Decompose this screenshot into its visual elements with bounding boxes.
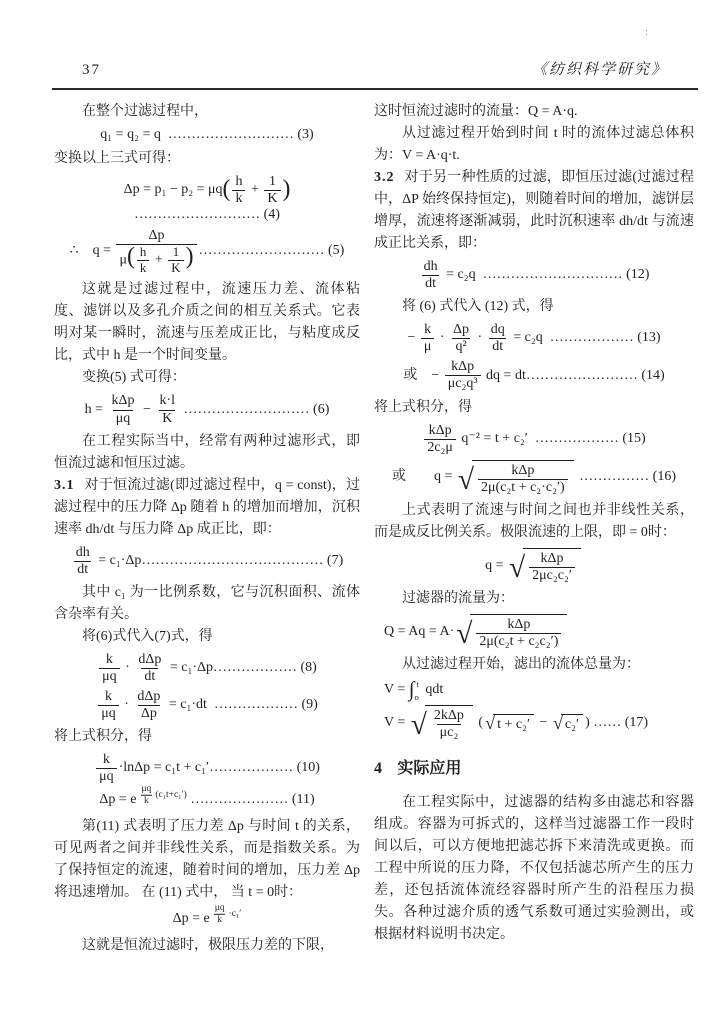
fraction-numerator: μq [212,903,228,914]
paragraph: 在工程实际中，过滤器的结构多由滤芯和容器组成。容器为可拆式的，这样当过滤器工作一… [374,792,694,946]
equation: kΔp2c₂μ q⁻² = t + c₂′ ……………… (15) [374,423,694,456]
fraction: hk [137,245,149,276]
fraction-denominator: k [141,795,152,807]
fraction: dΔpdt [135,652,164,685]
square-root: √2kΔpμc₂ [411,705,473,741]
math-text: ·c₁′ [229,910,242,920]
radical-sign-icon: √ [553,713,563,733]
fraction-numerator: kΔp [109,393,138,409]
section-paragraph: 3.2对于另一种性质的过滤，即恒压过滤(过滤过程中，ΔP 始终保持恒定)，则随着… [374,167,694,255]
math-text: · [121,697,133,714]
equation: Δp = eμqk(c₁t+c₁′) ………………… (11) [54,789,360,812]
math-text: = c₁·dt ……………… (9) [165,697,317,714]
fraction-denominator: 2μ(c₂t + c₂·c₂′) [478,479,568,496]
fraction-denominator: 2c₂μ [424,439,456,456]
math-text: ……………………… (4) [134,207,280,224]
paragraph: 过滤器的流量为： [374,588,694,610]
fraction-numerator: k [100,752,113,768]
paragraph: 变换以上三式可得： [54,148,360,170]
math-text: Δp = e [99,792,136,809]
math-text: Δp = p₁ − p₂ = μq [124,182,223,199]
fraction-numerator: dh [421,259,441,275]
radical-sign-icon: √ [456,613,472,649]
integral-lower-bound: o [415,693,419,702]
radical-sign-icon: √ [411,704,427,740]
fraction-denominator: μ [421,338,435,355]
fraction: kμq [98,689,119,722]
fraction-numerator: h [232,174,245,190]
radicand: kΔp2μc₂c₂′ [523,548,581,584]
fraction: kΔpμc₂q³ [445,359,481,392]
equation: 或 q = √kΔp2μ(c₂t + c₂·c₂′) …………… (16) [374,460,694,496]
page-number: 37 [82,62,101,79]
math-text: V = [384,715,409,732]
math-text: V = [384,682,409,699]
equation: V = ∫to qdt [374,680,694,701]
radicand: c₂′ [561,714,583,734]
paragraph: 将 (6) 式代入 (12) 式，得 [374,296,694,318]
fraction-numerator: k [103,652,116,668]
fraction-numerator: 1 [170,245,182,260]
paragraph: 这时恒流过滤时的流量：Q = A·q. [374,101,694,123]
equation: kμq · dΔpΔp = c₁·dt ……………… (9) [54,689,360,722]
equation: Q = Aq = A·√kΔp2μ(c₂t + c₂c₂′) [374,614,694,650]
equation: h = kΔpμq − k·lK ……………………… (6) [54,393,360,426]
math-text: − [407,330,418,347]
section-heading-label: 实际应用 [397,760,461,777]
fraction-numerator: kΔp [448,359,477,375]
fraction: Δpq² [450,322,472,355]
fraction-denominator: k [232,190,245,207]
equation: dhdt = c₂q ………………………… (12) [374,259,694,292]
fraction-numerator: k [102,689,115,705]
math-text: ………………… (11) [187,792,315,809]
math-text: c₂′ [565,717,579,734]
math-text: q = [485,558,507,575]
fraction: 2kΔpμc₂ [431,708,467,741]
paragraph: 第(11) 式表明了压力差 Δp 与时间 t 的关系，可见两者之间并非线性关系，… [54,816,360,904]
fraction: k·lK [156,393,178,426]
fraction-denominator: K [159,410,175,427]
math-text: 或 q = [392,469,456,486]
fraction-denominator: dt [74,561,91,578]
fraction-denominator: K [264,190,280,207]
radicand: kΔp2μ(c₂t + c₂c₂′) [470,614,567,650]
fraction: dΔpΔp [134,689,163,722]
fraction: dhdt [73,545,93,578]
math-text: Δp [148,228,164,243]
fraction: kΔp2μ(c₂t + c₂c₂′) [476,617,561,650]
fraction-denominator: 2μ(c₂t + c₂c₂′) [476,633,561,650]
paragraph: 这就是恒流过滤时，极限压力差的下限， [54,935,360,957]
fraction-numerator: dh [73,545,93,561]
square-root: √kΔp2μc₂c₂′ [509,548,581,584]
math-text: q₁ = q₂ = q ……………………… (3) [100,127,313,144]
math-text: Q = Aq = A· [384,624,454,641]
section-number: 3.2 [374,170,395,185]
fraction: kΔpμq [109,393,138,426]
math-text: ……………………… (6) [180,402,329,419]
fraction-denominator: dt [422,275,439,292]
fraction-numerator: dΔp [135,652,164,668]
header-rule [52,88,698,90]
paragraph: 其中 c₁ 为一比例系数，它与沉积面积、流体含杂率有关。 [54,582,360,626]
fraction: kμq [99,652,120,685]
fraction-denominator: μc₂q³ [445,375,481,392]
math-text: − [536,715,551,732]
equation: kμq · dΔpdt = c₁·Δp……………… (8) [54,652,360,685]
fraction: dhdt [421,259,441,292]
fraction-denominator: μq [98,705,119,722]
paragraph: 在工程实际当中，经常有两种过滤形式，即恒流过滤和恒压过滤。 [54,431,360,475]
math-text: dq = dt…………………… (14) [483,368,665,385]
equation: ∴ q = Δpμ(hk + 1K)……………………… (5) [54,228,360,276]
section-number: 3.1 [54,478,75,493]
math-text: = c₂q ………………………… (12) [443,267,650,284]
integral-sign-icon: ∫ [409,679,415,700]
paragraph: 将上式积分，得 [54,726,360,748]
left-column: 在整个过滤过程中，q₁ = q₂ = q ……………………… (3)变换以上三式… [54,101,360,957]
fraction: 1K [168,245,183,276]
fraction-denominator: μ(hk + 1K) [116,244,196,276]
equation: q = √kΔp2μc₂c₂′ [374,548,694,584]
math-text: (c₁t+c₁′) [155,791,187,801]
right-column: 这时恒流过滤时的流量：Q = A·q.从过滤过程开始到时间 t 时的流体过滤总体… [374,101,694,957]
math-text: Δp = e [173,911,210,928]
fraction: kΔp2c₂μ [424,423,456,456]
math-text: ……………………… (5) [199,243,345,260]
math-text: · [436,330,448,347]
fraction-denominator: dt [141,668,158,685]
fraction-denominator: μc₂ [437,724,462,741]
paragraph: 从过滤过程开始到时间 t 时的流体过滤总体积为：V = A·q·t. [374,123,694,167]
square-root: √kΔp2μ(c₂t + c₂·c₂′) [458,460,574,496]
radical-sign-icon: √ [509,547,525,583]
math-text: μ [119,252,127,267]
radicand: kΔp2μ(c₂t + c₂·c₂′) [472,460,574,496]
fraction-denominator: q² [452,338,469,355]
fraction-denominator: k [137,260,149,276]
journal-title: 《纺织科学研究》 [532,58,668,79]
fraction: kμ [421,322,435,355]
radicand: 2kΔpμc₂ [425,705,473,741]
fraction: μqk [212,903,228,926]
fraction-numerator: 2kΔp [431,708,467,724]
fraction-numerator: dΔp [134,689,163,705]
equation: V = √2kΔpμc₂ (√t + c₂′ − √c₂′) …… (17) [374,705,694,741]
math-text: · [474,330,486,347]
paragraph: 在整个过滤过程中， [54,101,360,123]
equation: − kμ · Δpq² · dqdt = c₂q ……………… (13) [374,322,694,355]
paragraph: 上式表明了流速与时间之间也并非线性关系，而是成反比例关系。极限流速的上限，即 =… [374,500,694,544]
fraction-numerator: μq [138,784,154,795]
integral-bounds: to [415,680,419,701]
paragraph: 这就是过滤过程中，流速压力差、流体粘度、滤饼以及多孔介质之间的相互关系式。它表明… [54,279,360,367]
fraction: Δpμ(hk + 1K) [116,228,196,276]
fraction: dqdt [488,322,508,355]
fraction-denominator: K [168,260,183,276]
math-text: ( [475,715,483,732]
radical-sign-icon: √ [485,713,495,733]
two-column-layout: 在整个过滤过程中，q₁ = q₂ = q ……………………… (3)变换以上三式… [54,101,694,957]
fraction-denominator: dt [489,338,506,355]
fraction-numerator: 1 [266,174,279,190]
math-text: qdt [422,682,443,699]
math-text: …………… (16) [576,469,676,486]
paragraph: 将(6)式代入(7)式，得 [54,626,360,648]
fraction-numerator: h [137,245,149,260]
fraction-denominator: 2μc₂c₂′ [529,567,575,584]
fraction-numerator: k·l [156,393,178,409]
fraction: kμq [96,752,117,785]
fraction: hk [232,174,245,207]
section-number: 4 [374,760,383,777]
fraction: μqk [138,784,154,807]
fraction: kΔp2μ(c₂t + c₂·c₂′) [478,463,568,496]
fraction-denominator: Δp [138,705,160,722]
radicand: t + c₂′ [493,714,534,734]
radical-sign-icon: √ [458,459,474,495]
math-text: ) …… (17) [585,715,648,732]
fraction-numerator: dq [488,322,508,338]
square-root: √kΔp2μ(c₂t + c₂c₂′) [456,614,567,650]
fraction-numerator: kΔp [426,423,455,439]
square-root: √t + c₂′ [485,714,534,734]
math-text: t + c₂′ [497,717,530,734]
equation: kμq·lnΔp = c₁t + c₁′……………… (10) [54,752,360,785]
parenthesis: ( [127,243,135,269]
fraction-numerator: Δp [145,228,167,244]
section-heading: 4实际应用 [374,758,694,780]
superscript: μqk(c₁t+c₁′) [137,784,186,807]
equation: 或 − kΔpμc₂q³ dq = dt…………………… (14) [374,359,694,392]
fraction-numerator: kΔp [508,463,537,479]
math-text: − [140,402,155,419]
equation: dhdt = c₁·Δp………………………………… (7) [54,545,360,578]
math-text: h = [85,402,107,419]
equation: Δp = p₁ − p₂ = μq(hk + 1K)……………………… (4) [54,174,360,224]
parenthesis: ( [223,180,231,199]
math-text: ·lnΔp = c₁t + c₁′……………… (10) [119,760,320,777]
math-text: q⁻² = t + c₂′ ……………… (15) [458,431,646,448]
fraction-denominator: k [214,914,225,926]
fraction-numerator: Δp [450,322,472,338]
fraction-denominator: μq [96,768,117,785]
page-header: 37 《纺织科学研究》 [54,58,694,79]
scan-artifact: : [645,26,648,38]
math-text: + [151,252,166,267]
math-text: + [247,182,262,199]
parenthesis: ) [283,180,291,199]
section-paragraph: 3.1对于恒流过滤(即过滤过程中，q = const)，过滤过程中的压力降 Δp… [54,475,360,541]
math-text: = c₁·Δp………………………………… (7) [95,553,343,570]
journal-page: : 37 《纺织科学研究》 在整个过滤过程中，q₁ = q₂ = q ……………… [0,0,726,1028]
paragraph: 将上式积分，得 [374,397,694,419]
math-text: = c₁·Δp……………… (8) [166,660,316,677]
fraction-denominator: μq [99,668,120,685]
fraction-denominator: μq [113,410,134,427]
integral-upper-bound: t [416,680,418,689]
fraction-numerator: kΔp [538,551,567,567]
equation: Δp = eμqk·c₁′ [54,908,360,931]
math-text: 或 − [403,368,442,385]
equation: q₁ = q₂ = q ……………………… (3) [54,127,360,144]
fraction-numerator: kΔp [504,617,533,633]
fraction: kΔp2μc₂c₂′ [529,551,575,584]
paragraph: 从过滤过程开始，滤出的流体总量为： [374,654,694,676]
math-text: ∴ q = [70,243,115,260]
fraction-numerator: k [421,322,434,338]
math-text: = c₂q ……………… (13) [510,330,661,347]
math-text: · [122,660,134,677]
parenthesis: ) [186,243,194,269]
paragraph: 变换(5) 式可得： [54,367,360,389]
fraction: 1K [264,174,280,207]
square-root: √c₂′ [553,714,583,734]
superscript: μqk·c₁′ [211,903,242,926]
